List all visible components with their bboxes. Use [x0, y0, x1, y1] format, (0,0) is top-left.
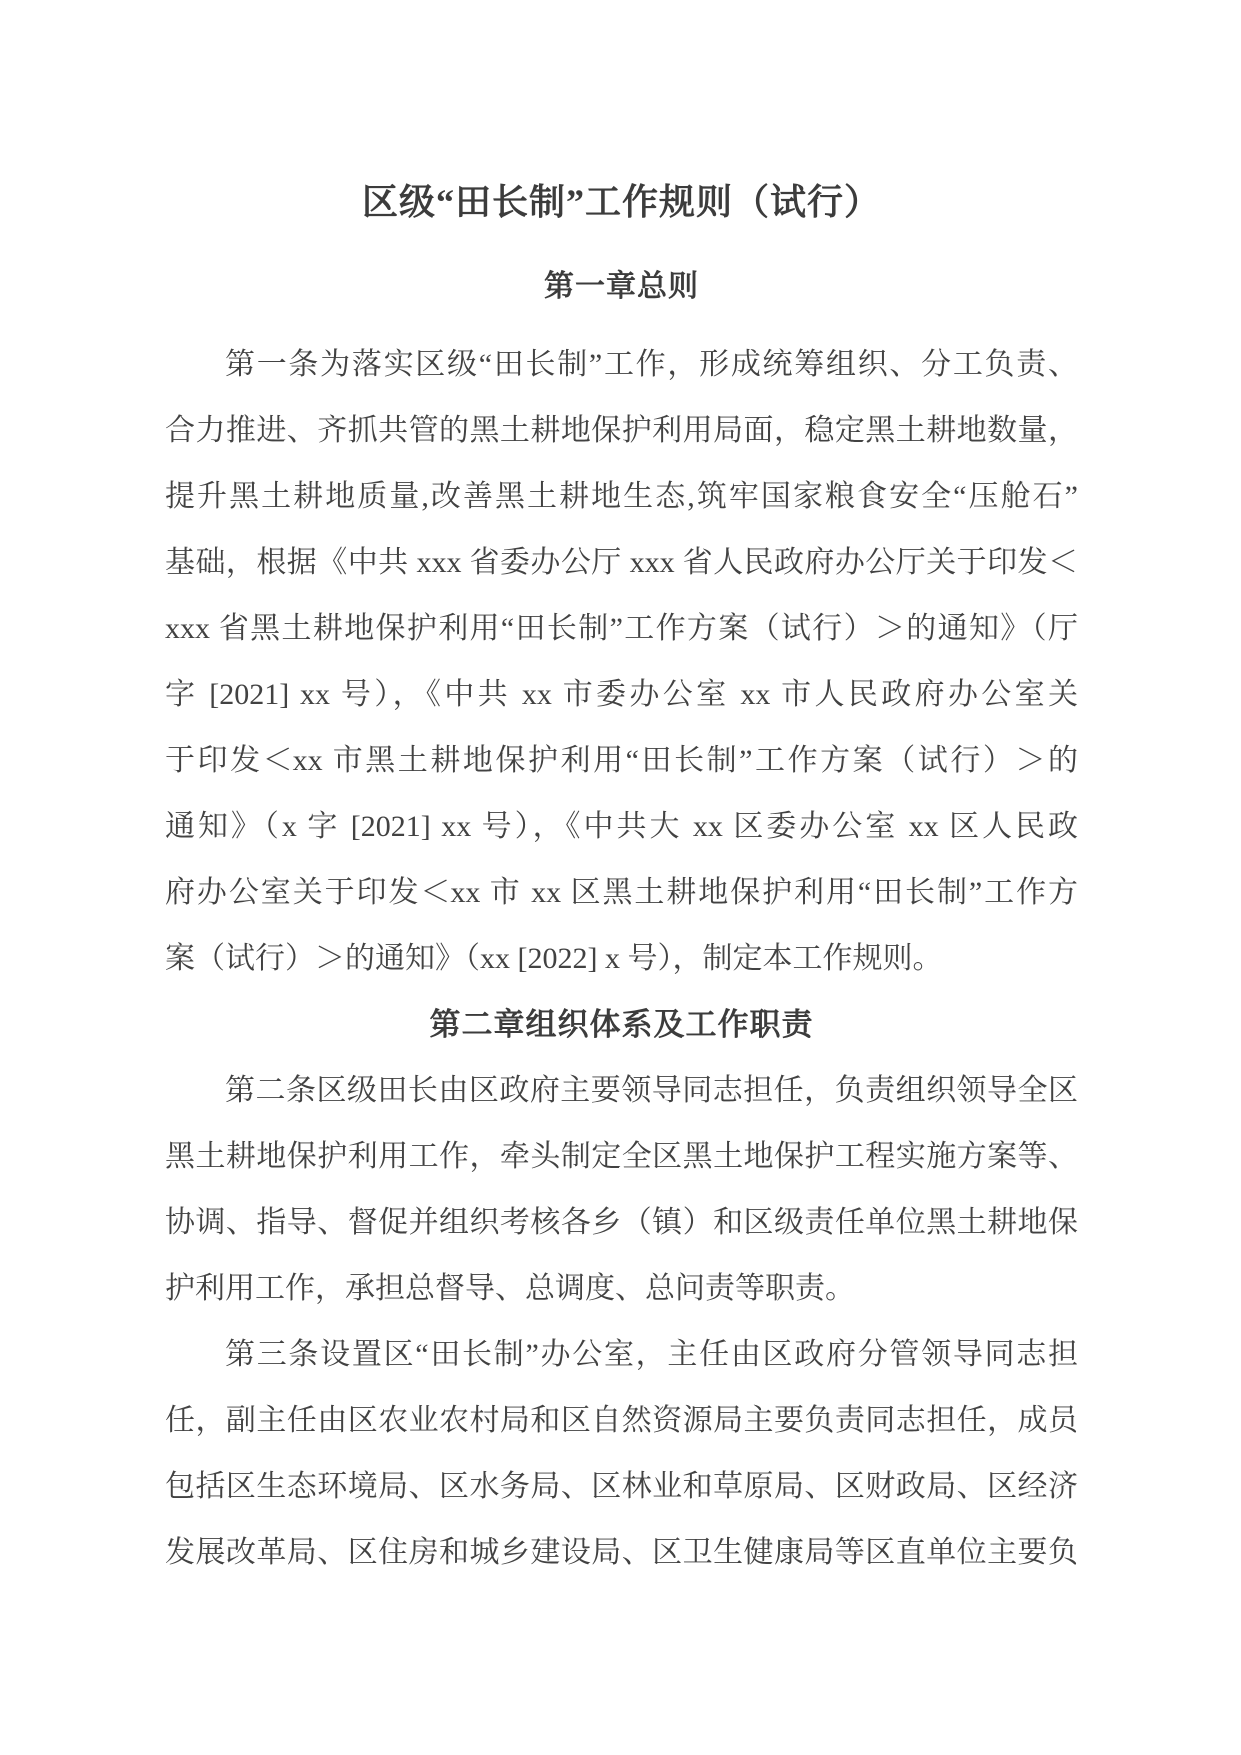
- text-line: 基础，根据《中共 xxx 省委办公厅 xxx 省人民政府办公厅关于印发＜: [165, 530, 1078, 596]
- paragraph: 第三条设置区“田长制”办公室，主任由区政府分管领导同志担任，副主任由区农业农村局…: [165, 1322, 1078, 1586]
- chapter-heading: 第二章组织体系及工作职责: [165, 992, 1078, 1058]
- text-line: 于印发＜xx 市黑土耕地保护利用“田长制”工作方案（试行）＞的: [165, 728, 1078, 794]
- text-line: 通知》（x 字 [2021] xx 号），《中共大 xx 区委办公室 xx 区人…: [165, 794, 1078, 860]
- document-body: 第一章总则第一条为落实区级“田长制”工作，形成统筹组织、分工负责、合力推进、齐抓…: [165, 265, 1078, 1586]
- text-line: 案（试行）＞的通知》（xx [2022] x 号），制定本工作规则。: [165, 926, 1078, 992]
- text-line: 府办公室关于印发＜xx 市 xx 区黑土耕地保护利用“田长制”工作方: [165, 860, 1078, 926]
- text-line: 第三条设置区“田长制”办公室，主任由区政府分管领导同志担: [165, 1322, 1078, 1388]
- chapter-section: 第二章组织体系及工作职责第二条区级田长由区政府主要领导同志担任，负责组织领导全区…: [165, 992, 1078, 1586]
- text-line: 发展改革局、区住房和城乡建设局、区卫生健康局等区直单位主要负: [165, 1520, 1078, 1586]
- text-line: 护利用工作，承担总督导、总调度、总问责等职责。: [165, 1256, 1078, 1322]
- text-line: 协调、指导、督促并组织考核各乡（镇）和区级责任单位黑土耕地保: [165, 1190, 1078, 1256]
- text-line: 提升黑土耕地质量,改善黑土耕地生态,筑牢国家粮食安全“压舱石”: [165, 464, 1078, 530]
- chapter-section: 第一章总则第一条为落实区级“田长制”工作，形成统筹组织、分工负责、合力推进、齐抓…: [165, 265, 1078, 992]
- text-line: 第一条为落实区级“田长制”工作，形成统筹组织、分工负责、: [165, 332, 1078, 398]
- text-line: 合力推进、齐抓共管的黑土耕地保护利用局面，稳定黑土耕地数量，: [165, 398, 1078, 464]
- document-page: 区级“田长制”工作规则（试行） 第一章总则第一条为落实区级“田长制”工作，形成统…: [0, 0, 1241, 1755]
- chapter-heading: 第一章总则: [165, 265, 1078, 309]
- paragraph: 第二条区级田长由区政府主要领导同志担任，负责组织领导全区黑土耕地保护利用工作，牵…: [165, 1058, 1078, 1322]
- document-title: 区级“田长制”工作规则（试行）: [165, 180, 1078, 224]
- text-line: 字 [2021] xx 号），《中共 xx 市委办公室 xx 市人民政府办公室关: [165, 662, 1078, 728]
- paragraph: 第一条为落实区级“田长制”工作，形成统筹组织、分工负责、合力推进、齐抓共管的黑土…: [165, 332, 1078, 992]
- text-line: 任，副主任由区农业农村局和区自然资源局主要负责同志担任，成员: [165, 1388, 1078, 1454]
- text-line: 黑土耕地保护利用工作，牵头制定全区黑土地保护工程实施方案等、: [165, 1124, 1078, 1190]
- text-line: xxx 省黑土耕地保护利用“田长制”工作方案（试行）＞的通知》（厅: [165, 596, 1078, 662]
- text-line: 第二条区级田长由区政府主要领导同志担任，负责组织领导全区: [165, 1058, 1078, 1124]
- text-line: 包括区生态环境局、区水务局、区林业和草原局、区财政局、区经济: [165, 1454, 1078, 1520]
